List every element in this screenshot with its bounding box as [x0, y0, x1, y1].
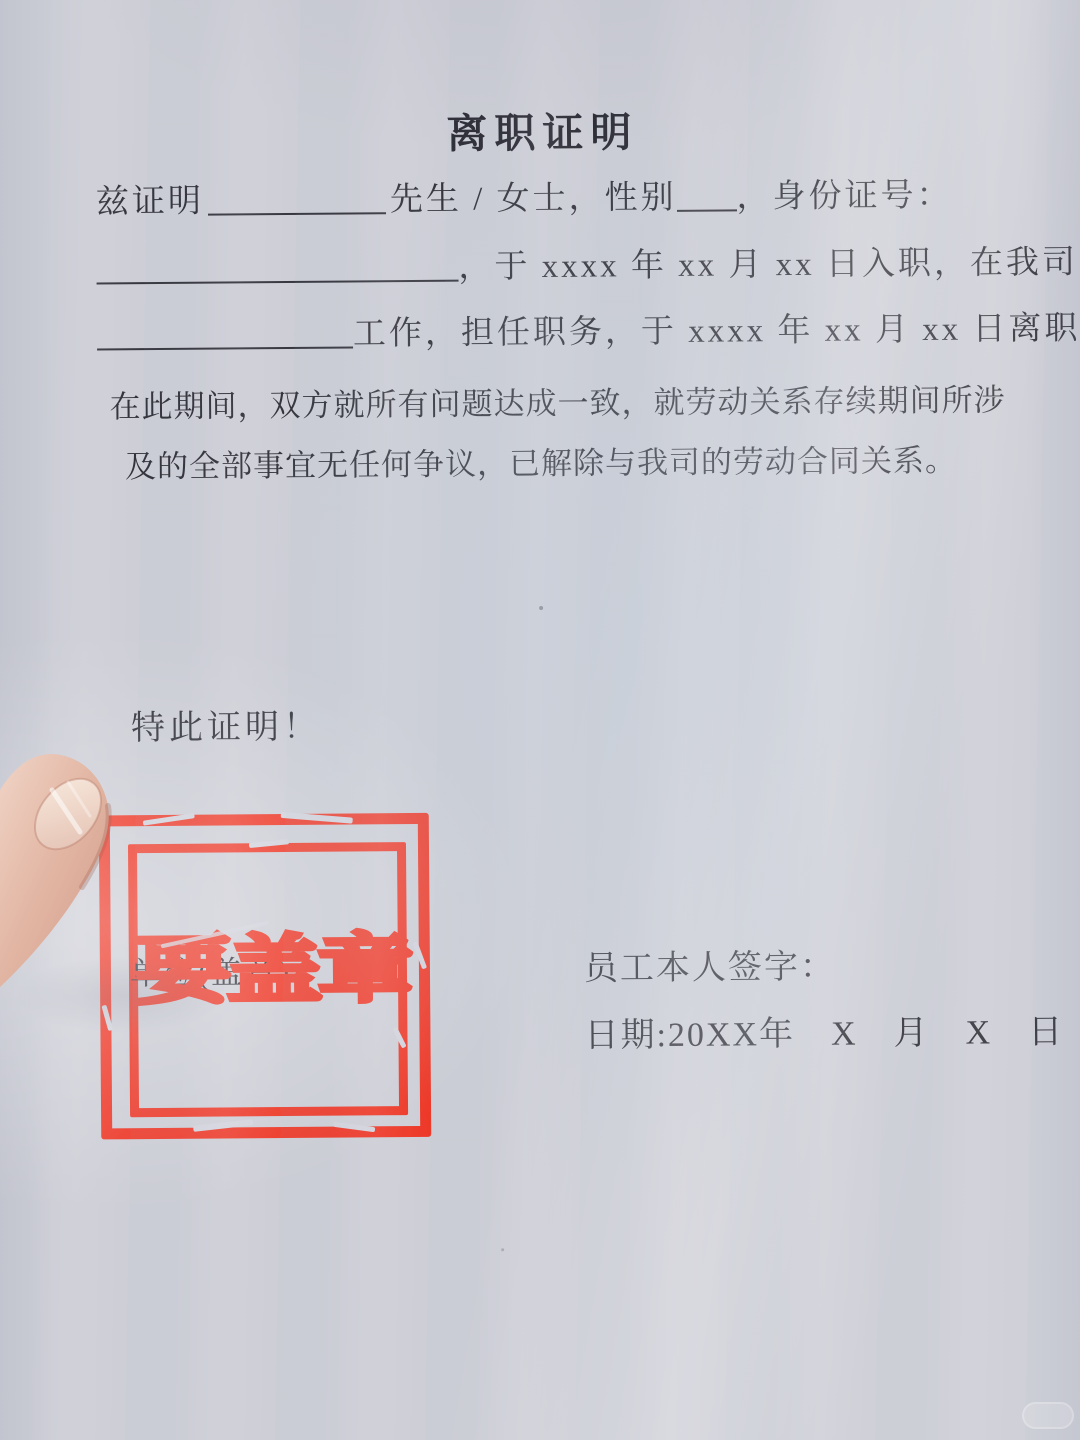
- paper-speck: [539, 606, 543, 610]
- form-line-1: 兹证明先生 / 女士，性别，身份证号：: [96, 169, 953, 223]
- date-month-placeholder: X: [831, 1016, 858, 1053]
- blank-employee-name: [208, 180, 386, 215]
- line1-text-end: ，身份证号：: [736, 178, 952, 216]
- stamp-overlay-text: 要盖章: [135, 910, 409, 1018]
- blank-id-number: [96, 248, 458, 285]
- photo-watermark: [1022, 1402, 1074, 1429]
- line3-text: 工作，担任职务，于 xxxx 年 xx 月 xx 日离职。: [353, 310, 1080, 352]
- separation-certificate: 离职证明 兹证明先生 / 女士，性别，身份证号： ，于 xxxx 年 xx 月 …: [0, 0, 1080, 1440]
- line2-text: ，于 xxxx 年 xx 月 xx 日入职，在我司: [458, 245, 1078, 286]
- form-line-3: 工作，担任职务，于 xxxx 年 xx 月 xx 日离职。: [97, 301, 1080, 356]
- line1-text-mid: 先生 / 女士，性别: [390, 180, 677, 218]
- date-line: 日期:20XX年X月X日: [584, 1004, 1064, 1057]
- form-line-2: ，于 xxxx 年 xx 月 xx 日入职，在我司: [96, 236, 1078, 291]
- date-day-unit: 日: [1028, 1014, 1064, 1051]
- line1-text-pre: 兹证明: [96, 184, 204, 221]
- closing-statement: 特此证明！: [131, 699, 321, 749]
- date-prefix: 日期:20XX年: [584, 1016, 795, 1055]
- finger-holding-paper: [0, 728, 135, 1018]
- employee-signature-label: 员工本人签字：: [584, 939, 836, 990]
- date-day-placeholder: X: [965, 1014, 992, 1051]
- document-photo: 离职证明 兹证明先生 / 女士，性别，身份证号： ，于 xxxx 年 xx 月 …: [0, 0, 1080, 1440]
- blank-department: [97, 314, 353, 350]
- blank-gender: [676, 177, 736, 211]
- company-stamp-area: 单位(盖章) 要盖章: [99, 813, 432, 1140]
- paper-speck: [501, 1248, 504, 1251]
- paragraph-line-2: 及的全部事宜无任何争议，已解除与我司的劳动合同关系。: [125, 435, 957, 487]
- date-month-unit: 月: [893, 1015, 929, 1052]
- document-title: 离职证明: [0, 96, 1076, 163]
- paragraph-line-1: 在此期间，双方就所有问题达成一致，就劳动关系存续期间所涉: [109, 374, 1005, 426]
